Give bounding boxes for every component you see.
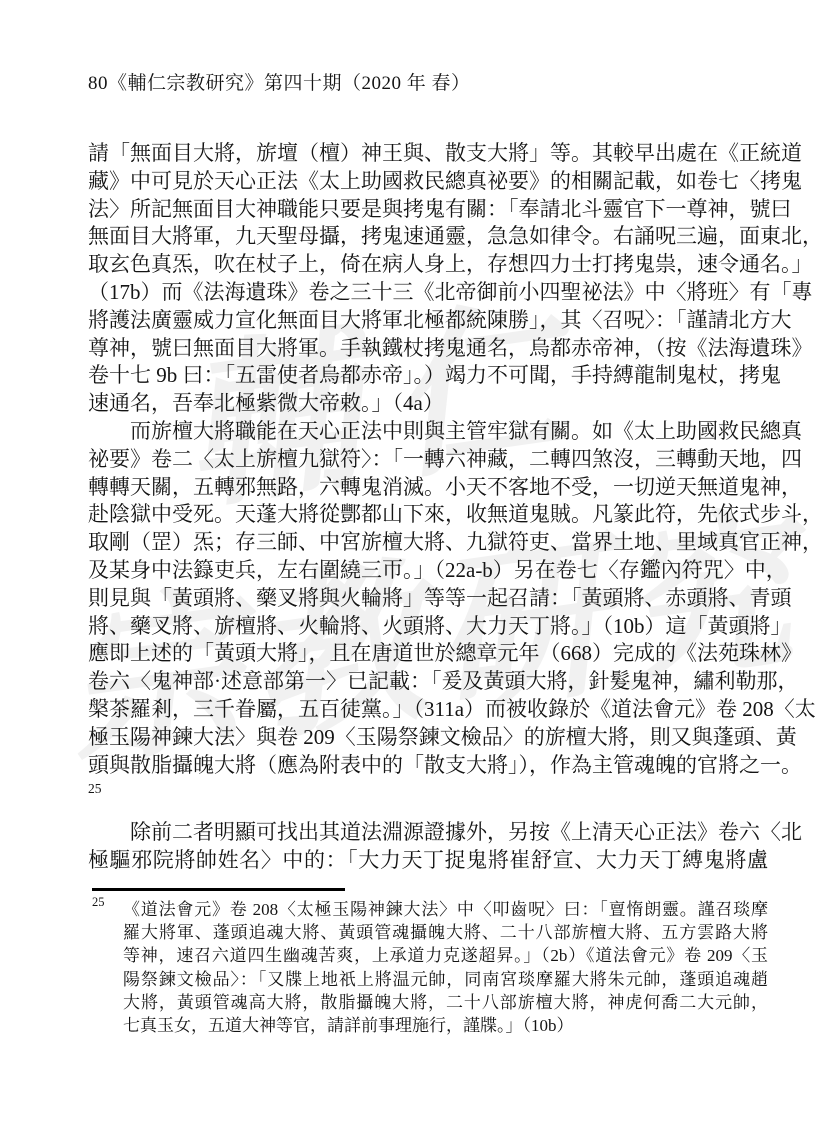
footnote-marker: 25 (92, 895, 105, 910)
journal-page: 輔仁 宗教研究 80《輔仁宗教研究》第四十期（2020 年 春） 請「無面目大將… (0, 0, 829, 1122)
text-line: 取玄色真炁，吹在杖子上，倚在病人身上，存想四力士打拷鬼祟，速令通名。」 (88, 251, 768, 279)
text-line: 轉轉天關，五轉邪無路，六轉鬼消滅。小天不客地不受，一切逆天無道鬼神， (88, 474, 768, 502)
body-text: 請「無面目大將，旂壇（檀）神王與、散支大將」等。其較早出處在《正統道 藏》中可見… (88, 140, 768, 875)
footnote-line: 《道法會元》卷 208〈太極玉陽神鍊大法〉中〈叩齒呪〉曰：「亶惰朗靈。謹召琰摩 (123, 898, 768, 921)
paragraph-2: 而旂檀大將職能在天心正法中則與主管牢獄有關。如《太上助國救民總真 祕要》卷二〈太… (88, 418, 768, 807)
text-line: 祕要》卷二〈太上旂檀九獄符〉：「一轉六神藏，二轉四煞沒，三轉動天地，四 (88, 446, 768, 474)
footnote-reference: 25 (88, 779, 768, 807)
footnote-line: 陽祭鍊文檢品〉：「又牒上地祇上將温元帥，同南宮琰摩羅大將朱元帥，蓬頭追魂趙 (123, 968, 768, 991)
footnote-line: 七真玉女，五道大神等官，請詳前事理施行，謹牒。」（10b） (123, 1014, 768, 1037)
paragraph-3: 除前二者明顯可找出其道法淵源證據外，另按《上清天心正法》卷六〈北 極驅邪院將帥姓… (88, 819, 768, 875)
text-line: 卷六〈鬼神部·述意部第一〉已記載：「爰及黃頭大將，針髮鬼神，繡利勒那， (88, 668, 768, 696)
text-line: 取剛（罡）炁；存三師、中宮旂檀大將、九獄符吏、當界土地、里域真官正神， (88, 529, 768, 557)
text-line: （17b）而《法海遺珠》卷之三十三《北帝御前小四聖祕法》中〈將班〉有「專 (88, 279, 768, 307)
text-line: 將、藥叉將、旂檀將、火輪將、火頭將、大力天丁將。」（10b）這「黃頭將」 (88, 613, 768, 641)
footnote-text: 《道法會元》卷 208〈太極玉陽神鍊大法〉中〈叩齒呪〉曰：「亶惰朗靈。謹召琰摩 … (123, 898, 768, 1037)
text-line: 及某身中法籙吏兵，左右圍繞三帀。」（22a-b）另在卷七〈存鑑內符咒〉中， (88, 557, 768, 585)
running-head: 80《輔仁宗教研究》第四十期（2020 年 春） (88, 72, 768, 96)
text-line: 卷十七 9b 曰：「五雷使者烏都赤帝」。）竭力不可聞，手持縛龍制鬼杖，拷鬼 (88, 362, 768, 390)
text-line: 藏》中可見於天心正法《太上助國救民總真祕要》的相關記載，如卷七〈拷鬼 (88, 168, 768, 196)
footnote-line: 等神，速召六道四生幽魂苦爽，上承道力克遂超昇。」（2b）《道法會元》卷 209〈… (123, 944, 768, 967)
text-line: 尊神，號曰無面目大將軍。手執鐵杖拷鬼通名，烏都赤帝神，（按《法海遺珠》 (88, 335, 768, 363)
text-line: 請「無面目大將，旂壇（檀）神王與、散支大將」等。其較早出處在《正統道 (88, 140, 768, 168)
paragraph-1: 請「無面目大將，旂壇（檀）神王與、散支大將」等。其較早出處在《正統道 藏》中可見… (88, 140, 768, 418)
text-line: 極驅邪院將帥姓名〉中的：「大力天丁捉鬼將崔舒宣、大力天丁縛鬼將盧 (88, 847, 768, 875)
text-line: 法〉所記無面目大神職能只要是與拷鬼有關：「奉請北斗靈官下一尊神，號曰 (88, 196, 768, 224)
text-line: 極玉陽神鍊大法〉與卷 209〈玉陽祭鍊文檢品〉的旂檀大將，則又與蓬頭、黃 (88, 724, 768, 752)
footnote: 25 《道法會元》卷 208〈太極玉陽神鍊大法〉中〈叩齒呪〉曰：「亶惰朗靈。謹召… (92, 898, 768, 1037)
text-line: 無面目大將軍，九天聖母攝，拷鬼速通靈，急急如律令。右誦呪三遍，面東北， (88, 223, 768, 251)
text-line: 赴陰獄中受死。天蓬大將從酆都山下來，收無道鬼賊。凡篆此符，先依式步斗， (88, 501, 768, 529)
text-line: 將護法廣靈威力宣化無面目大將軍北極都統陳勝」，其〈召呪〉：「謹請北方大 (88, 307, 768, 335)
text-line: 則見與「黃頭將、藥叉將與火輪將」等等一起召請：「黃頭將、赤頭將、青頭 (88, 585, 768, 613)
footnote-line: 大將，黃頭管魂高大將，散脂攝魄大將，二十八部旂檀大將，神虎何喬二大元帥， (123, 991, 768, 1014)
text-line: 槃茶羅剎，三千眷屬，五百徒黨。」（311a）而被收錄於《道法會元》卷 208〈太 (88, 696, 768, 724)
text-line: 除前二者明顯可找出其道法淵源證據外，另按《上清天心正法》卷六〈北 (88, 819, 768, 847)
text-line: 頭與散脂攝魄大將（應為附表中的「散支大將」），作為主管魂魄的官將之一。 (88, 752, 768, 780)
footnote-separator (92, 888, 345, 891)
text-line: 速通名，吾奉北極紫微大帝敕。」（4a） (88, 390, 768, 418)
text-line: 應即上述的「黃頭大將」，且在唐道世於總章元年（668）完成的《法苑珠林》 (88, 640, 768, 668)
footnote-line: 羅大將軍、蓬頭追魂大將、黃頭管魂攝魄大將、二十八部旂檀大將、五方雲路大將 (123, 921, 768, 944)
text-line: 而旂檀大將職能在天心正法中則與主管牢獄有關。如《太上助國救民總真 (88, 418, 768, 446)
